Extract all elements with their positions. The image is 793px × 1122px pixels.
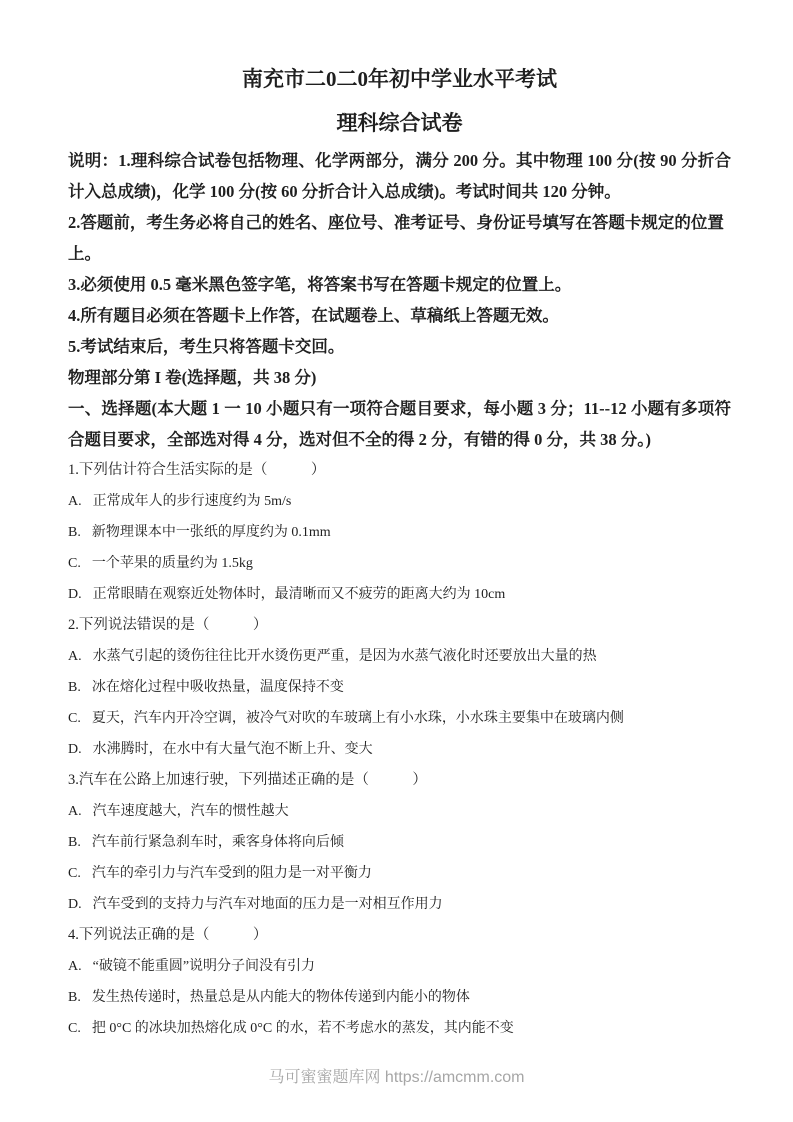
option-row-a: A.“破镜不能重圆”说明分子间没有引力 [68,951,731,982]
option-text: “破镜不能重圆”说明分子间没有引力 [93,959,315,974]
option-label: B. [68,525,81,540]
option-row-c: C.一个苹果的质量约为 1.5kg [68,548,731,579]
question-3: 3.汽车在公路上加速行驶，下列描述正确的是（ ） A.汽车速度越大，汽车的惯性越… [68,765,731,920]
option-text: 正常成年人的步行速度约为 5m/s [93,494,292,509]
exam-paper-page: 南充市二0二0年初中学业水平考试 理科综合试卷 说明：1.理科综合试卷包括物理、… [0,0,793,1122]
option-label: D. [68,742,82,757]
option-text: 把 0°C 的冰块加热熔化成 0°C 的水，若不考虑水的蒸发，其内能不变 [92,1021,514,1036]
question-stem: 1.下列估计符合生活实际的是（ ） [68,455,731,486]
question-2: 2.下列说法错误的是（ ） A.水蒸气引起的烫伤往往比开水烫伤更严重，是因为水蒸… [68,610,731,765]
option-row-c: C.把 0°C 的冰块加热熔化成 0°C 的水，若不考虑水的蒸发，其内能不变 [68,1013,731,1044]
option-text: 水蒸气引起的烫伤往往比开水烫伤更严重，是因为水蒸气液化时还要放出大量的热 [93,649,597,664]
option-label: B. [68,680,81,695]
watermark-footer: 马可蜜蜜题库网 https://amcmm.com [0,1064,793,1092]
question-stem: 2.下列说法错误的是（ ） [68,610,731,641]
option-label: C. [68,1021,81,1036]
question-1: 1.下列估计符合生活实际的是（ ） A.正常成年人的步行速度约为 5m/s B.… [68,455,731,610]
option-row-d: D.汽车受到的支持力与汽车对地面的压力是一对相互作用力 [68,889,731,920]
option-text: 夏天，汽车内开冷空调，被冷气对吹的车玻璃上有小水珠，小水珠主要集中在玻璃内侧 [92,711,624,726]
option-row-d: D.水沸腾时，在水中有大量气泡不断上升、变大 [68,734,731,765]
option-label: A. [68,649,82,664]
option-row-a: A.汽车速度越大，汽车的惯性越大 [68,796,731,827]
option-label: B. [68,990,81,1005]
option-text: 汽车前行紧急刹车时，乘客身体将向后倾 [92,835,344,850]
instruction-note-2: 2.答题前，考生务必将自己的姓名、座位号、准考证号、身份证号填写在答题卡规定的位… [68,207,731,269]
option-row-b: B.汽车前行紧急刹车时，乘客身体将向后倾 [68,827,731,858]
option-text: 发生热传递时，热量总是从内能大的物体传递到内能小的物体 [92,990,470,1005]
option-row-d: D.正常眼睛在观察近处物体时，最清晰而又不疲劳的距离大约为 10cm [68,579,731,610]
option-text: 冰在熔化过程中吸收热量，温度保持不变 [92,680,344,695]
option-label: B. [68,835,81,850]
option-label: D. [68,587,82,602]
option-label: D. [68,897,82,912]
option-row-b: B.新物理课本中一张纸的厚度约为 0.1mm [68,517,731,548]
option-label: A. [68,959,82,974]
option-row-b: B.发生热传递时，热量总是从内能大的物体传递到内能小的物体 [68,982,731,1013]
option-label: C. [68,866,81,881]
option-label: A. [68,804,82,819]
choice-section-intro: 一、选择题(本大题 1 一 10 小题只有一项符合题目要求，每小题 3 分；11… [68,393,731,455]
option-label: C. [68,556,81,571]
option-label: A. [68,494,82,509]
instructions-intro: 说明：1.理科综合试卷包括物理、化学两部分，满分 200 分。其中物理 100 … [68,145,731,207]
exam-subtitle: 理科综合试卷 [68,108,731,138]
question-stem: 3.汽车在公路上加速行驶，下列描述正确的是（ ） [68,765,731,796]
option-text: 汽车受到的支持力与汽车对地面的压力是一对相互作用力 [93,897,443,912]
option-row-b: B.冰在熔化过程中吸收热量，温度保持不变 [68,672,731,703]
option-row-c: C.汽车的牵引力与汽车受到的阻力是一对平衡力 [68,858,731,889]
exam-title: 南充市二0二0年初中学业水平考试 [68,64,731,94]
option-row-a: A.水蒸气引起的烫伤往往比开水烫伤更严重，是因为水蒸气液化时还要放出大量的热 [68,641,731,672]
option-text: 新物理课本中一张纸的厚度约为 0.1mm [92,525,331,540]
option-text: 一个苹果的质量约为 1.5kg [92,556,253,571]
instruction-note-5: 5.考试结束后，考生只将答题卡交回。 [68,331,731,362]
option-text: 水沸腾时，在水中有大量气泡不断上升、变大 [93,742,373,757]
question-stem: 4.下列说法正确的是（ ） [68,920,731,951]
option-text: 正常眼睛在观察近处物体时，最清晰而又不疲劳的距离大约为 10cm [93,587,506,602]
part-header: 物理部分第 I 卷(选择题，共 38 分) [68,362,731,393]
option-label: C. [68,711,81,726]
option-text: 汽车的牵引力与汽车受到的阻力是一对平衡力 [92,866,372,881]
instruction-note-3: 3.必须使用 0.5 毫米黑色签字笔，将答案书写在答题卡规定的位置上。 [68,269,731,300]
option-row-c: C.夏天，汽车内开冷空调，被冷气对吹的车玻璃上有小水珠，小水珠主要集中在玻璃内侧 [68,703,731,734]
option-row-a: A.正常成年人的步行速度约为 5m/s [68,486,731,517]
question-4: 4.下列说法正确的是（ ） A.“破镜不能重圆”说明分子间没有引力 B.发生热传… [68,920,731,1044]
instruction-note-4: 4.所有题目必须在答题卡上作答，在试题卷上、草稿纸上答题无效。 [68,300,731,331]
option-text: 汽车速度越大，汽车的惯性越大 [93,804,289,819]
